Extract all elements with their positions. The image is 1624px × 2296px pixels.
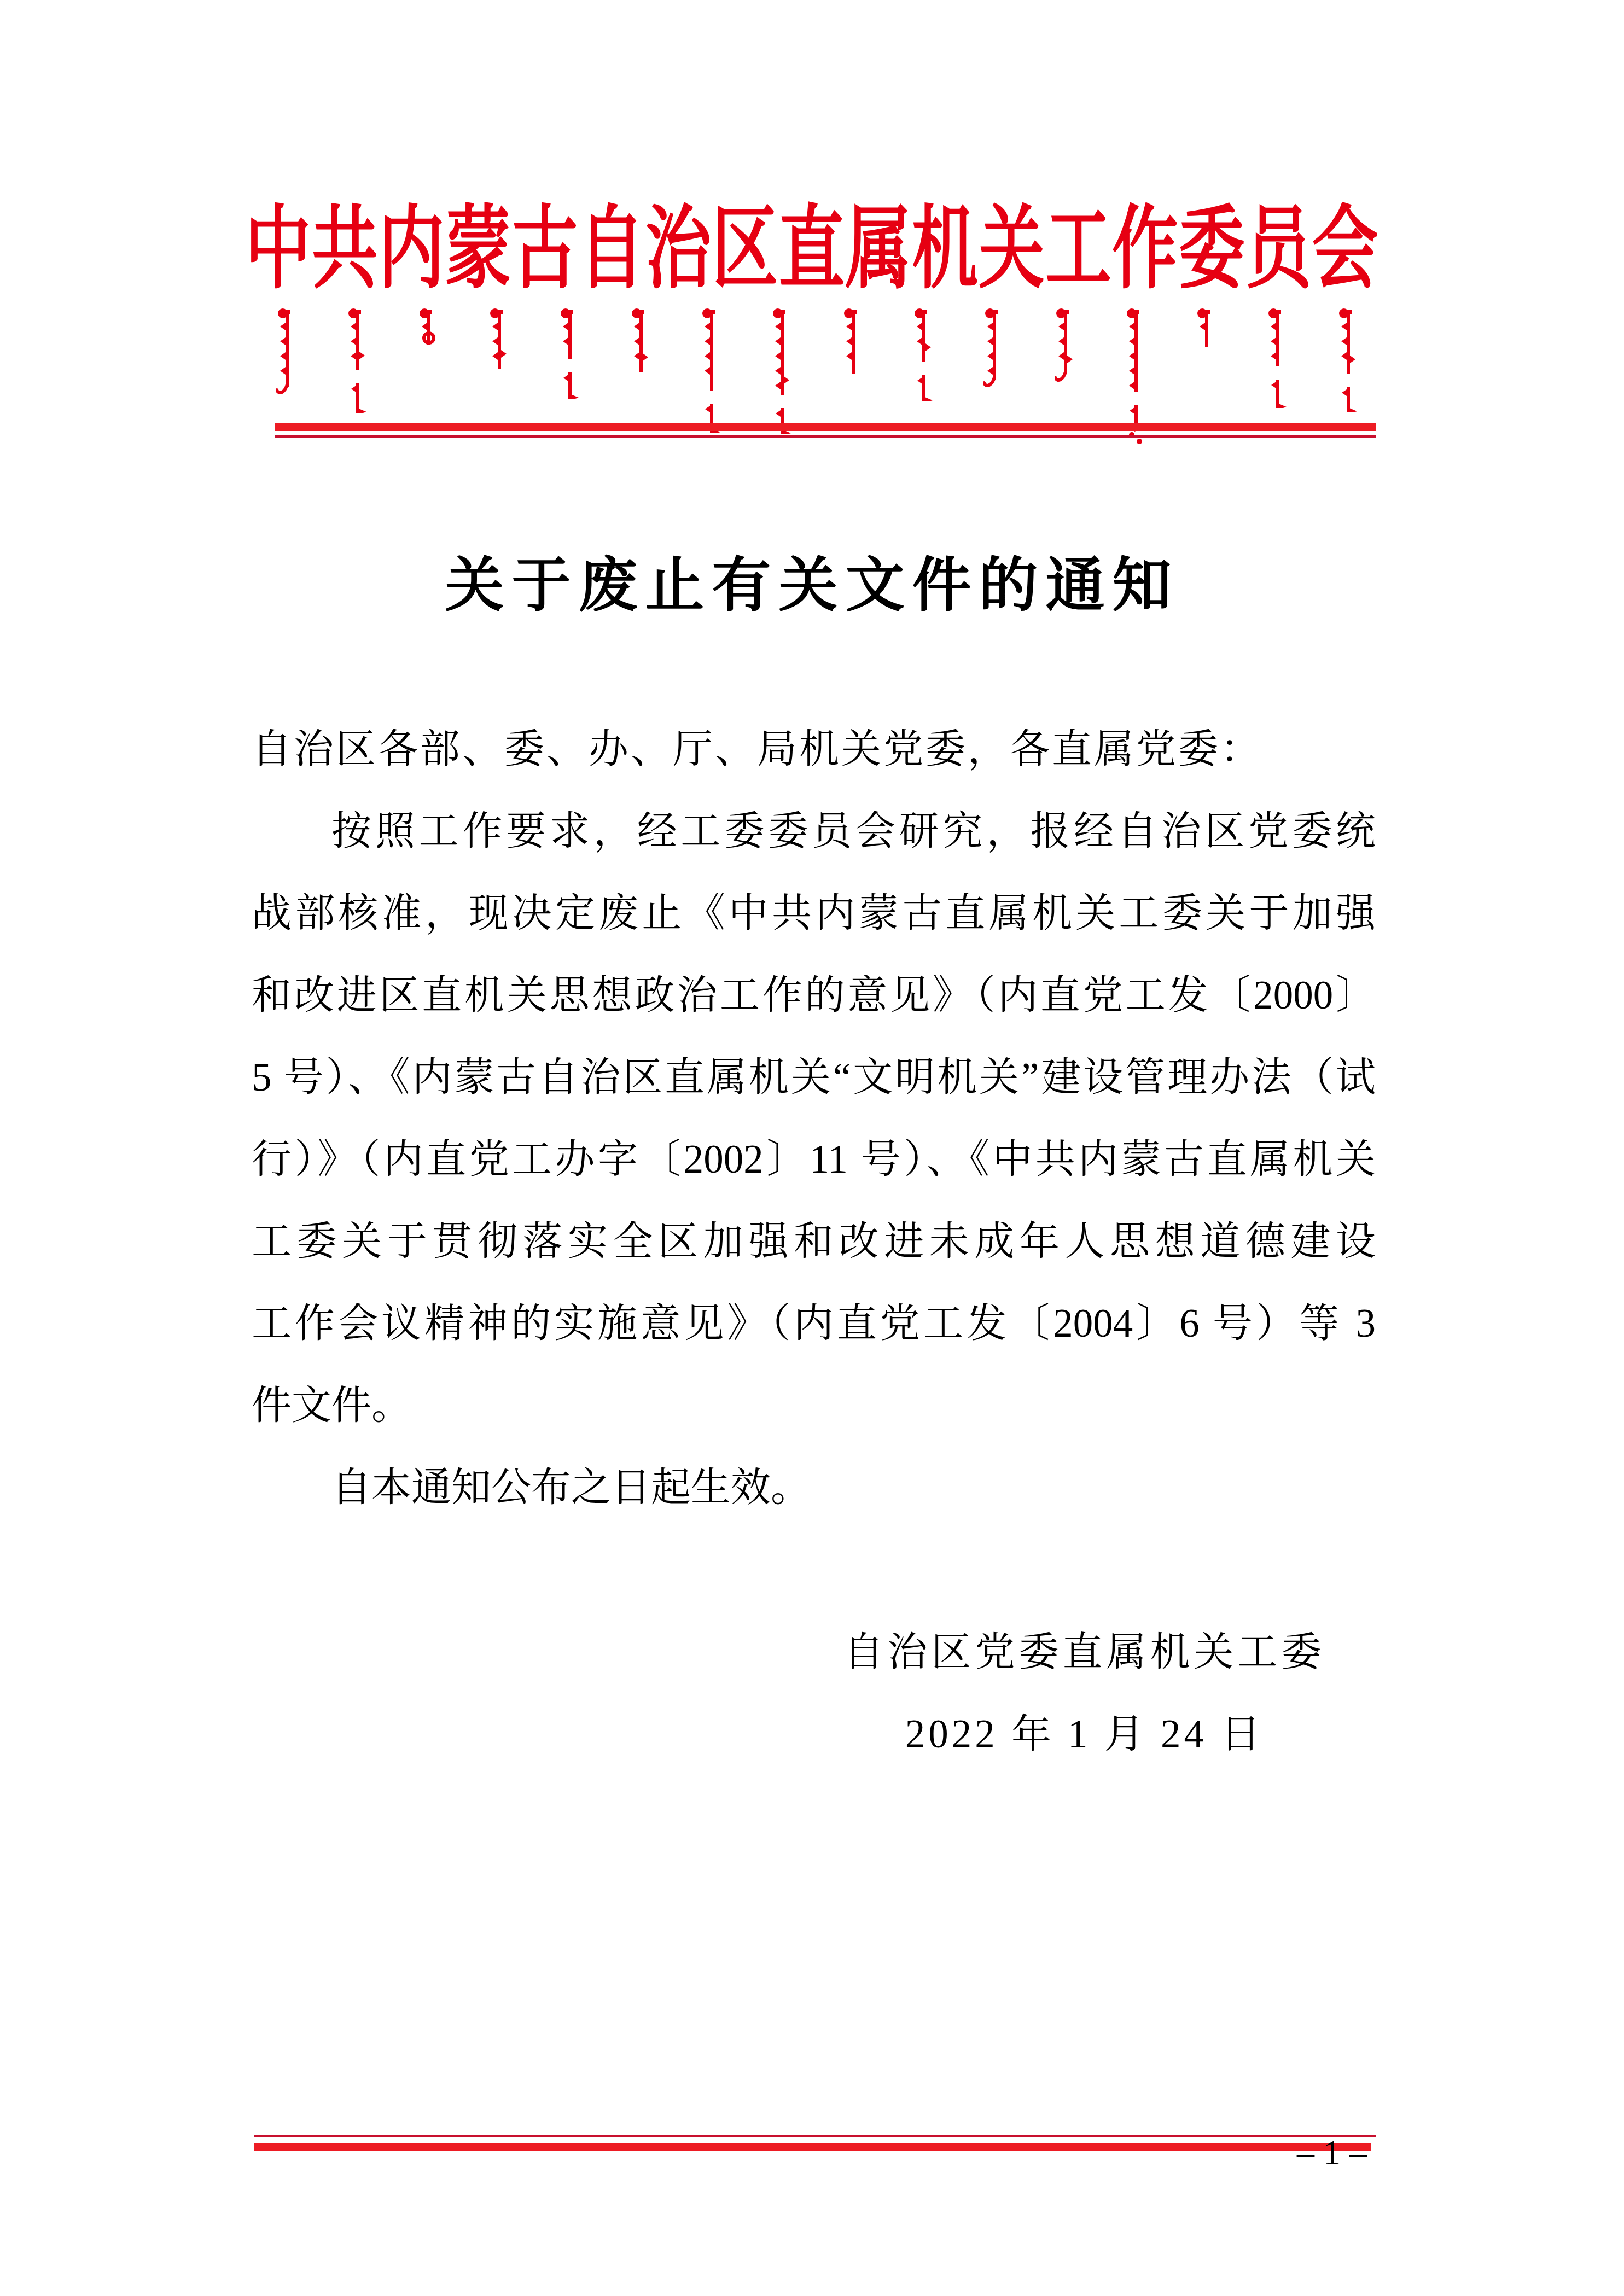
- document-page: 中共内蒙古自治区直属机关工作委员会 关于废止有关文件的通知 自治区各部、委、办、…: [0, 0, 1624, 2296]
- header-rule-thick: [275, 423, 1376, 431]
- footer-rule-thin: [254, 2135, 1376, 2137]
- document-title: 关于废止有关文件的通知: [0, 553, 1624, 619]
- mongolian-glyph-column: [771, 307, 793, 434]
- body-line: 自治区各部、委、办、厅、局机关党委，各直属党委：: [252, 708, 1376, 790]
- mongolian-glyph-column: [1055, 307, 1076, 385]
- body-line: 件文件。: [252, 1365, 1376, 1447]
- page-number: – 1 –: [1264, 2131, 1400, 2175]
- body-line: 工委关于贯彻落实全区加强和改进未成年人思想道德建设: [252, 1201, 1376, 1283]
- body-line: 自本通知公布之日起生效。: [252, 1447, 1376, 1529]
- body-line: 和改进区直机关思想政治工作的意见》（内直党工发〔2000〕: [252, 954, 1376, 1036]
- mongolian-glyph-column: [983, 307, 1005, 391]
- footer-rule-thick: [254, 2143, 1371, 2151]
- mongolian-glyph-column: [276, 307, 298, 398]
- mongolian-glyph-column: [701, 307, 723, 433]
- document-body: 自治区各部、委、办、厅、局机关党委，各直属党委：按照工作要求，经工委委员会研究，…: [252, 708, 1376, 1529]
- mongolian-glyph-column: [488, 307, 510, 372]
- mongolian-glyph-column: [1196, 307, 1218, 350]
- body-line: 工作会议精神的实施意见》（内直党工发〔2004〕6 号）等 3: [252, 1283, 1376, 1365]
- body-line: 行）》（内直党工办字〔2002〕11 号）、《中共内蒙古直属机关: [252, 1118, 1376, 1201]
- mongolian-glyph-column: [418, 307, 440, 348]
- mongolian-glyph-column: [630, 307, 652, 375]
- mongolian-glyph-column: [559, 307, 581, 399]
- mongolian-glyph-column: [913, 307, 935, 401]
- mongolian-script-decoration: [276, 307, 1359, 422]
- mongolian-glyph-column: [842, 307, 864, 377]
- org-title: 中共内蒙古自治区直属机关工作委员会: [219, 201, 1405, 297]
- date: 2022 年 1 月 24 日: [842, 1693, 1326, 1775]
- mongolian-glyph-column: [1337, 307, 1359, 412]
- mongolian-glyph-column: [1267, 307, 1289, 408]
- mongolian-glyph-column: [347, 307, 369, 413]
- signature-block: 自治区党委直属机关工委 2022 年 1 月 24 日: [842, 1611, 1326, 1775]
- body-line: 战部核准，现决定废止《中共内蒙古直属机关工委关于加强: [252, 872, 1376, 954]
- header-rule-thin: [275, 435, 1376, 438]
- body-line: 5 号）、《内蒙古自治区直属机关“文明机关”建设管理办法（试: [252, 1036, 1376, 1118]
- signature: 自治区党委直属机关工委: [842, 1611, 1326, 1693]
- body-line: 按照工作要求，经工委委员会研究，报经自治区党委统: [252, 790, 1376, 872]
